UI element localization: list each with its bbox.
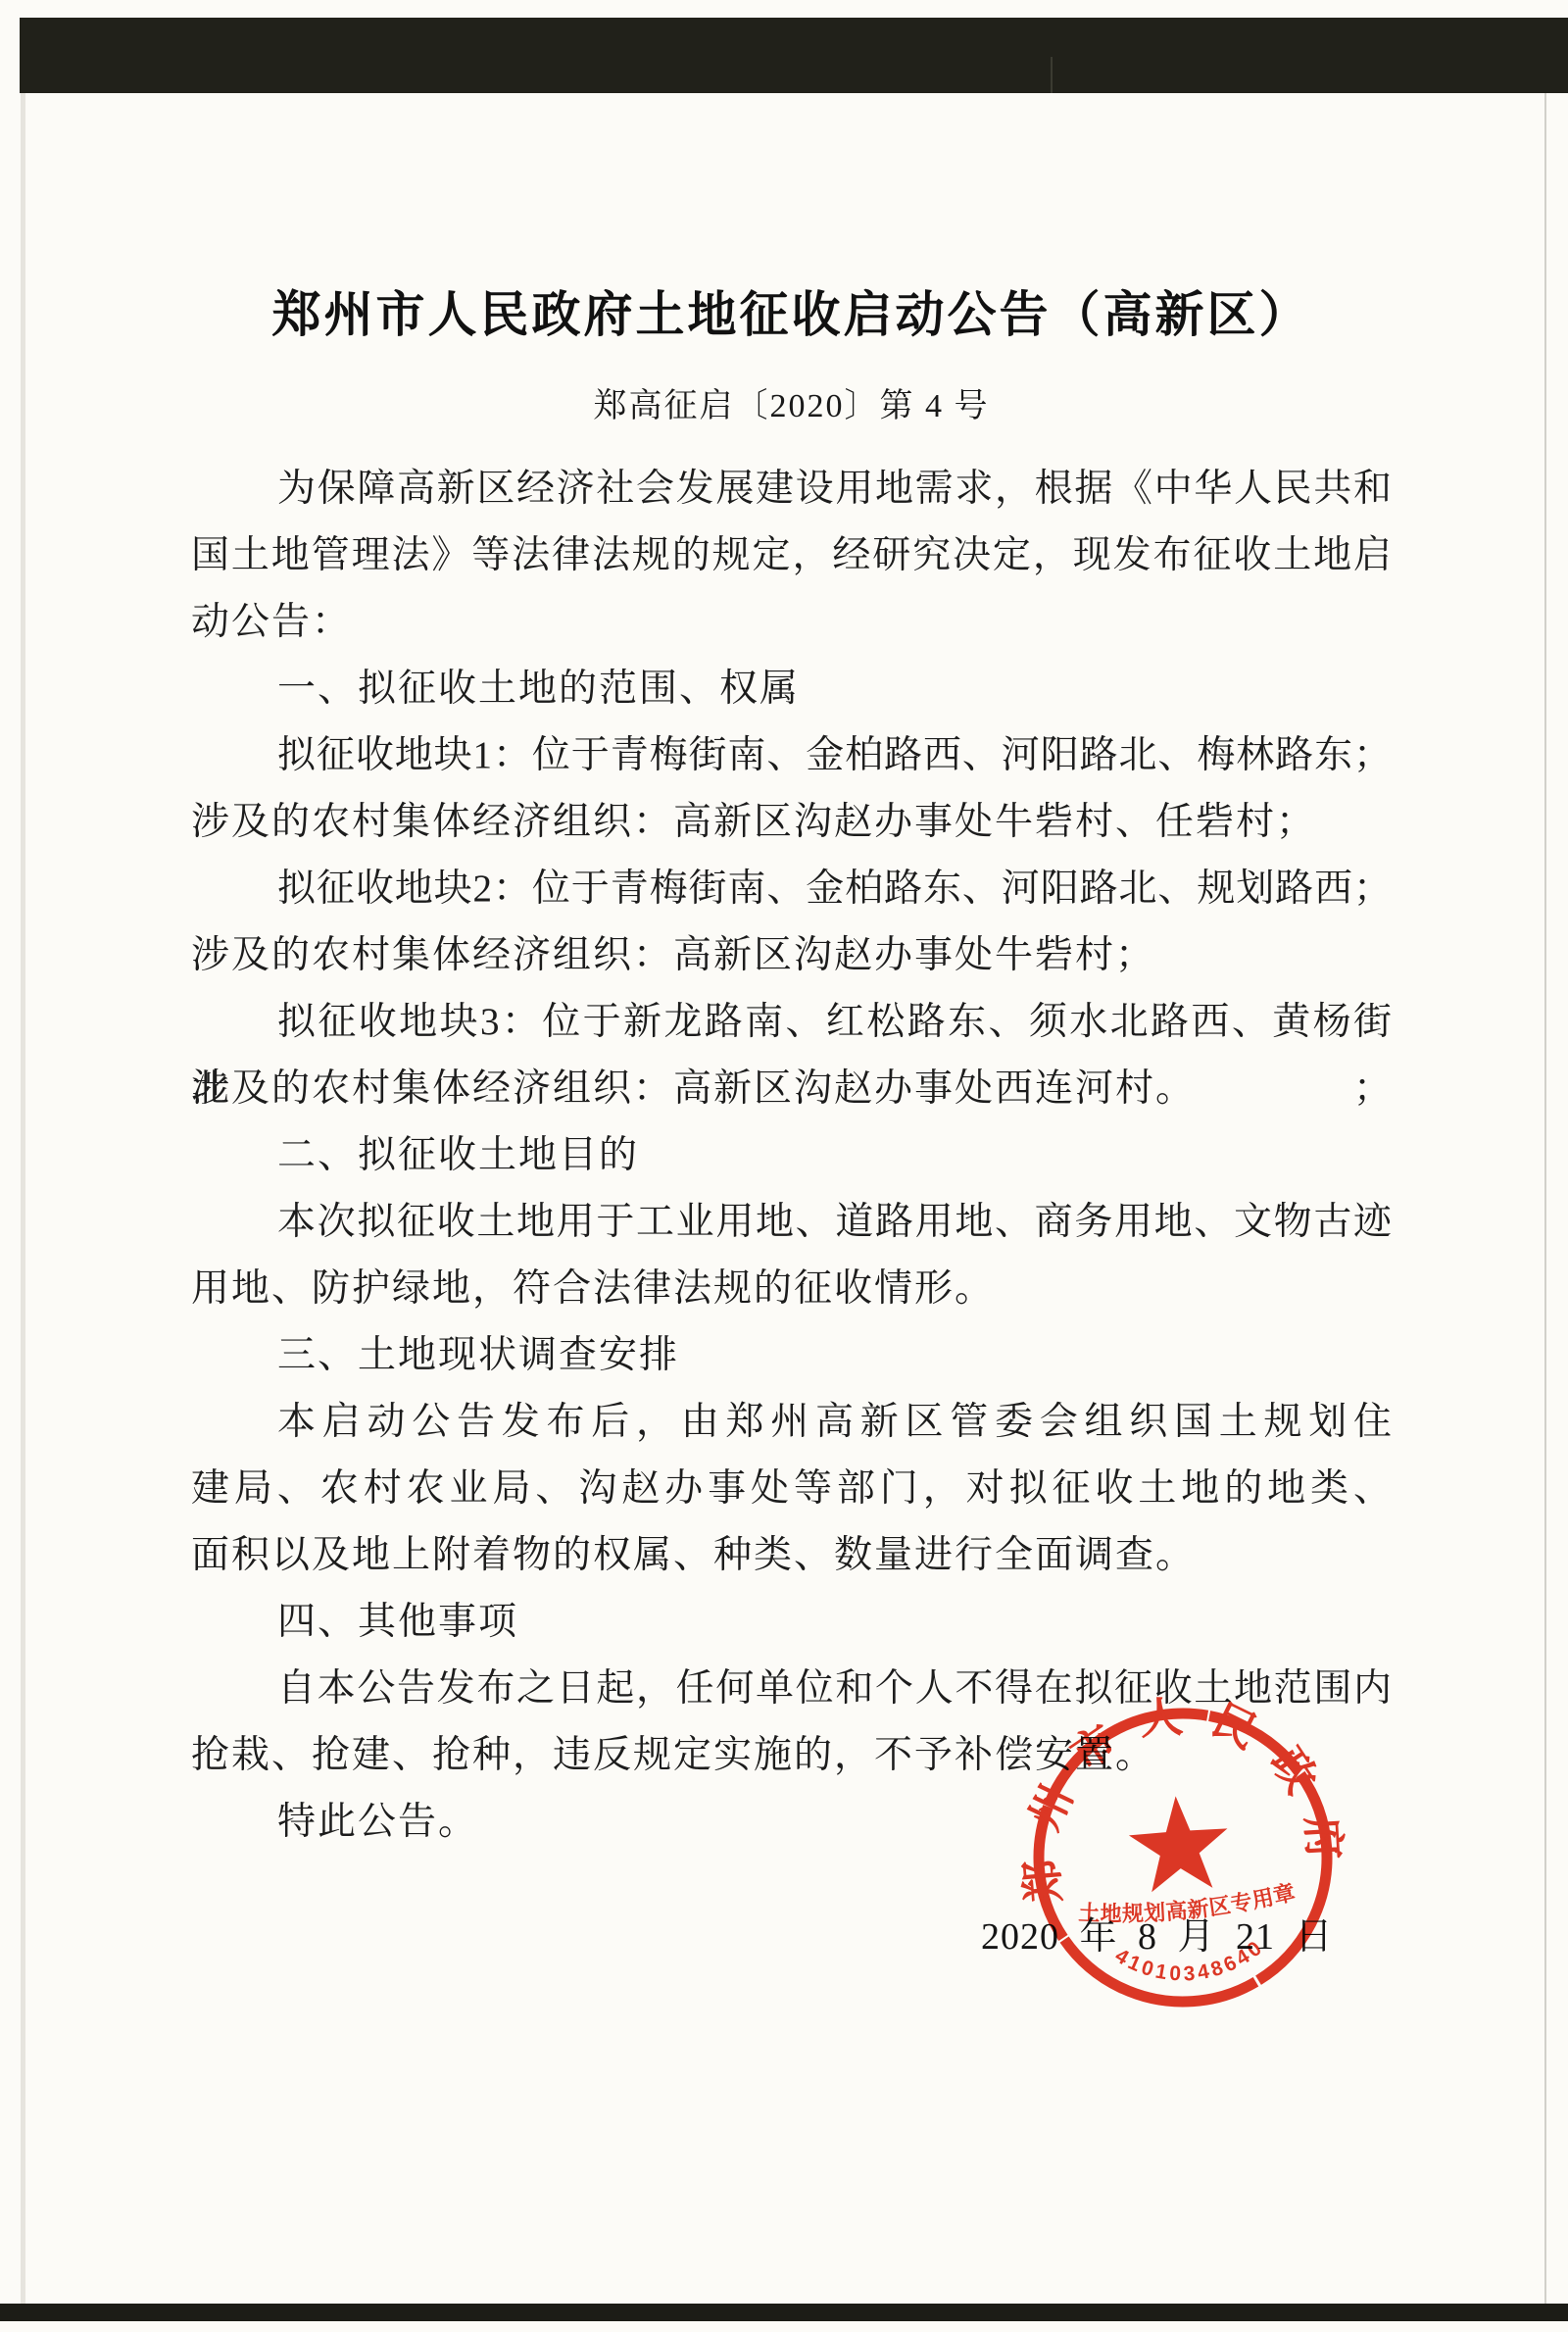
scan-artifact-line [1051,57,1053,93]
body-line: 面积以及地上附着物的权属、种类、数量进行全面调查。 [191,1522,1392,1589]
body-line: 国土地管理法》等法律法规的规定，经研究决定，现发布征收土地启 [191,522,1392,589]
paper-edge-left [21,93,25,2304]
body-line: 自本公告发布之日起，任何单位和个人不得在拟征收土地范围内 [191,1656,1392,1722]
document-body: 为保障高新区经济社会发展建设用地需求，根据《中华人民共和国土地管理法》等法律法规… [191,456,1392,1856]
body-line: 特此公告。 [191,1789,1392,1856]
body-line: 动公告： [191,589,1392,656]
body-line: 建局、农村农业局、沟赵办事处等部门，对拟征收土地的地类、 [191,1456,1392,1522]
document-title: 郑州市人民政府土地征收启动公告（高新区） [191,284,1392,345]
scanned-document-page: 郑州市人民政府土地征收启动公告（高新区） 郑高征启〔2020〕第 4 号 为保障… [0,0,1568,2332]
scanner-bottom-bar [0,2304,1568,2321]
body-line: 拟征收地块1：位于青梅街南、金柏路西、河阳路北、梅林路东； [191,722,1392,789]
body-line: 四、其他事项 [191,1589,1392,1656]
body-line: 为保障高新区经济社会发展建设用地需求，根据《中华人民共和 [191,456,1392,522]
document-number: 郑高征启〔2020〕第 4 号 [191,384,1392,429]
body-line: 用地、防护绿地，符合法律法规的征收情形。 [191,1256,1392,1322]
body-line: 涉及的农村集体经济组织：高新区沟赵办事处牛砦村、任砦村； [191,789,1392,856]
body-line: 二、拟征收土地目的 [191,1122,1392,1189]
body-line: 拟征收地块2：位于青梅街南、金柏路东、河阳路北、规划路西； [191,856,1392,922]
body-line: 涉及的农村集体经济组织：高新区沟赵办事处牛砦村； [191,922,1392,989]
body-line: 一、拟征收土地的范围、权属 [191,656,1392,722]
body-line: 本次拟征收土地用于工业用地、道路用地、商务用地、文物古迹 [191,1189,1392,1256]
body-line: 拟征收地块3：位于新龙路南、红松路东、须水北路西、黄杨街北； [191,989,1392,1056]
body-line: 本启动公告发布后，由郑州高新区管委会组织国土规划住 [191,1389,1392,1456]
paper-edge-right [1544,93,1546,2304]
body-line: 抢栽、抢建、抢种，违反规定实施的，不予补偿安置。 [191,1722,1392,1789]
scanner-top-bar [20,18,1568,93]
issue-date: 2020 年 8 月 21 日 [981,1915,1334,1959]
body-line: 三、土地现状调查安排 [191,1322,1392,1389]
